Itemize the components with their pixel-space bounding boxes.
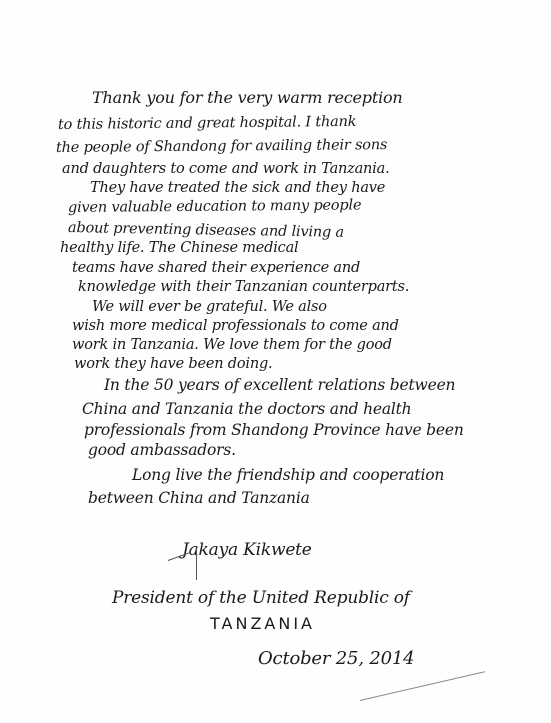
letter-line: to this historic and great hospital. I t… <box>58 114 356 133</box>
letter-line: knowledge with their Tanzanian counterpa… <box>78 279 409 295</box>
signer-country: TANZANIA <box>210 614 315 633</box>
letter-line: the people of Shandong for availing thei… <box>56 137 387 156</box>
letter-line: They have treated the sick and they have <box>90 180 385 196</box>
letter-line: Thank you for the very warm reception <box>92 88 403 107</box>
letter-line: healthy life. The Chinese medical <box>60 240 298 256</box>
pen-stroke <box>360 671 485 701</box>
letter-line: China and Tanzania the doctors and healt… <box>82 400 411 418</box>
letter-line: wish more medical professionals to come … <box>72 318 399 334</box>
letter-page: Thank you for the very warm reception to… <box>0 0 551 723</box>
letter-line: work in Tanzania. We love them for the g… <box>72 337 392 353</box>
letter-line: professionals from Shandong Province hav… <box>84 421 464 439</box>
letter-line: In the 50 years of excellent relations b… <box>104 376 455 394</box>
signature-flourish <box>196 548 197 580</box>
letter-line: Long live the friendship and cooperation <box>132 466 444 484</box>
signature: Jakaya Kikwete <box>182 540 312 560</box>
signer-title: President of the United Republic of <box>112 588 410 608</box>
letter-line: work they have been doing. <box>74 356 272 372</box>
letter-line: given valuable education to many people <box>68 197 361 216</box>
letter-line: between China and Tanzania <box>88 489 310 507</box>
letter-line: and daughters to come and work in Tanzan… <box>62 161 389 177</box>
letter-line: about preventing diseases and living a <box>68 220 344 241</box>
letter-line: good ambassadors. <box>88 441 236 459</box>
letter-date: October 25, 2014 <box>258 648 414 669</box>
letter-line: teams have shared their experience and <box>72 260 360 276</box>
letter-line: We will ever be grateful. We also <box>92 299 327 315</box>
